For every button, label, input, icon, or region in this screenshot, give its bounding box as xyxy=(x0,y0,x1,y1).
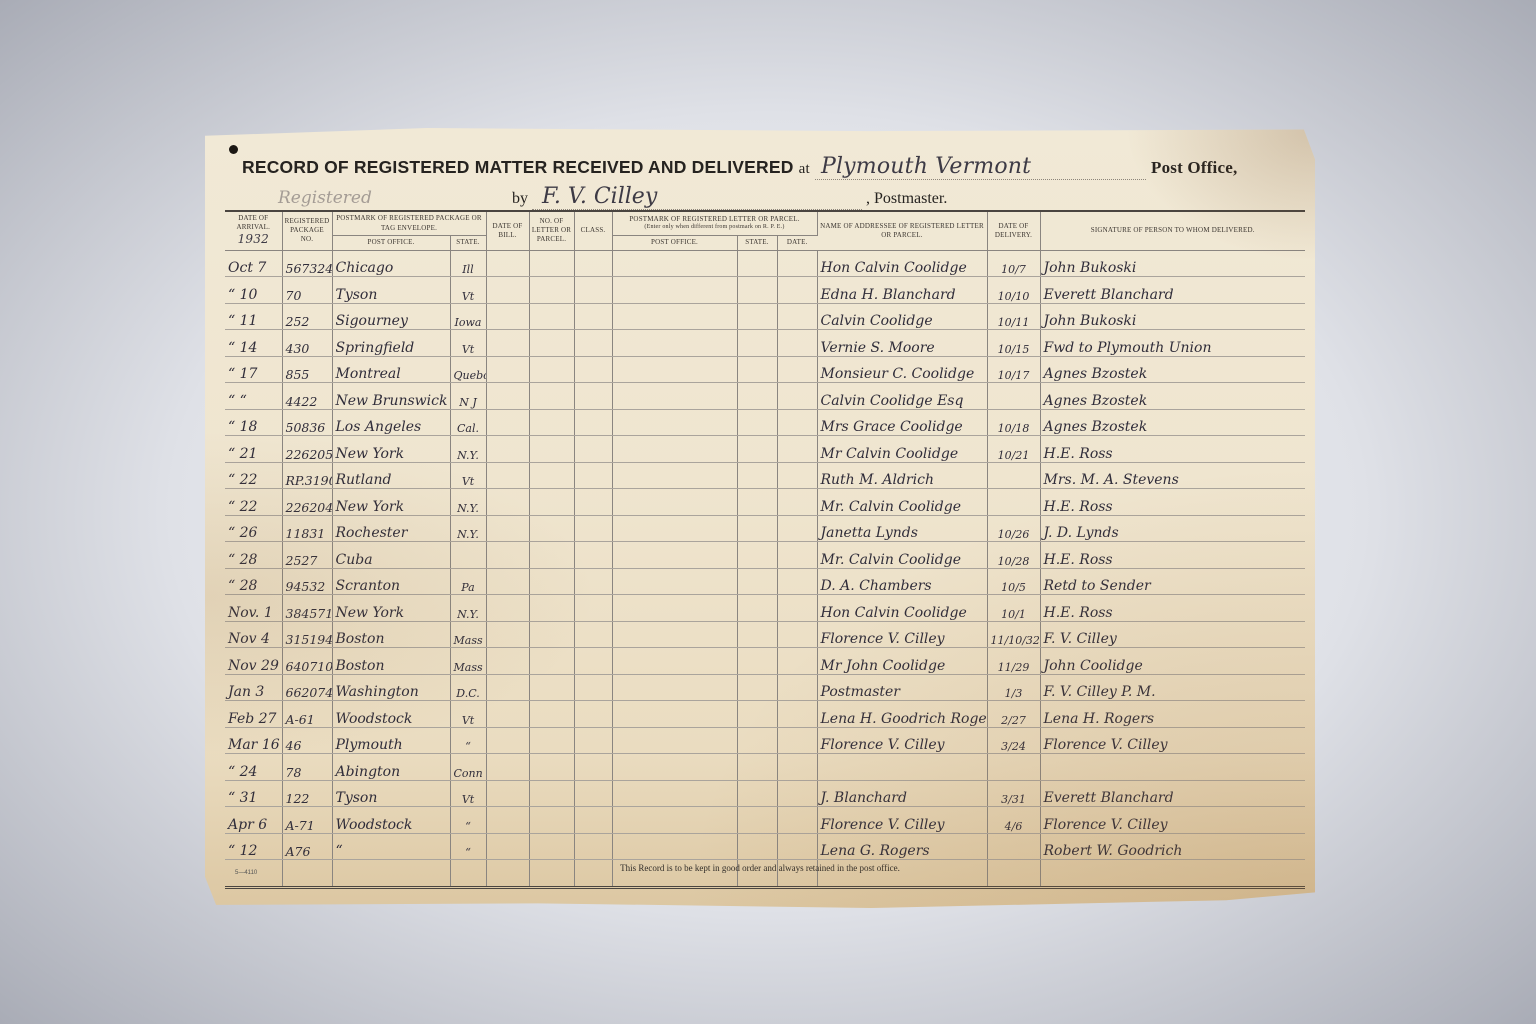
date-of-arrival-cell: “ 26 xyxy=(225,515,282,542)
pm-post-office-cell xyxy=(612,833,737,860)
pm-state-cell xyxy=(737,542,777,569)
package-no-cell: 567324 xyxy=(282,250,332,277)
no-of-letter-cell xyxy=(529,409,574,436)
table-row: Oct 7567324ChicagoIllHon Calvin Coolidge… xyxy=(225,250,1305,277)
package-no-cell: 855 xyxy=(282,356,332,383)
pm-date-cell xyxy=(777,542,817,569)
table-row: “ 11252SigourneyIowaCalvin Coolidge10/11… xyxy=(225,303,1305,330)
state-cell: Vt xyxy=(450,277,486,304)
date-of-delivery-cell: 10/5 xyxy=(987,568,1040,595)
date-of-arrival-cell: Feb 27 xyxy=(225,701,282,728)
signature-cell: Everett Blanchard xyxy=(1040,277,1305,304)
date-of-bill-cell xyxy=(486,807,529,834)
post-office-cell: Tyson xyxy=(332,780,450,807)
pm-date-cell xyxy=(777,383,817,410)
package-no-cell: 94532 xyxy=(282,568,332,595)
post-office-cell: New York xyxy=(332,595,450,622)
col-addressee: Name of addressee of registered letter o… xyxy=(817,211,987,250)
pm-date-cell xyxy=(777,462,817,489)
registered-matter-table: Date of arrival. 1932 Registered package… xyxy=(225,210,1305,889)
post-office-cell: New York xyxy=(332,436,450,463)
pm-date-cell xyxy=(777,807,817,834)
date-of-bill-cell xyxy=(486,674,529,701)
signature-cell: F. V. Cilley xyxy=(1040,621,1305,648)
class-cell xyxy=(574,250,612,277)
date-of-arrival-cell: Mar 16 xyxy=(225,727,282,754)
state-cell: Vt xyxy=(450,330,486,357)
addressee-cell: Monsieur C. Coolidge xyxy=(817,356,987,383)
pm-state-cell xyxy=(737,648,777,675)
class-cell xyxy=(574,303,612,330)
post-office-label: Post Office, xyxy=(1151,158,1237,177)
pm-date-cell xyxy=(777,701,817,728)
col-date-of-delivery: Date of delivery. xyxy=(987,211,1040,250)
signature-cell xyxy=(1040,754,1305,781)
addressee-cell: Vernie S. Moore xyxy=(817,330,987,357)
pm-date-cell xyxy=(777,621,817,648)
state-cell: Mass xyxy=(450,648,486,675)
pm-state-cell xyxy=(737,807,777,834)
header-row-1: Date of arrival. 1932 Registered package… xyxy=(225,211,1305,236)
table-row: “ 282527CubaMr. Calvin Coolidge10/28H.E.… xyxy=(225,542,1305,569)
pm-date-cell xyxy=(777,648,817,675)
signature-cell: John Bukoski xyxy=(1040,303,1305,330)
date-of-delivery-cell: 2/27 xyxy=(987,701,1040,728)
date-of-bill-cell xyxy=(486,330,529,357)
package-no-cell: 4422 xyxy=(282,383,332,410)
addressee-cell: Hon Calvin Coolidge xyxy=(817,595,987,622)
date-of-delivery-cell: 10/17 xyxy=(987,356,1040,383)
addressee-cell: Mr. Calvin Coolidge xyxy=(817,489,987,516)
date-of-arrival-cell: “ 10 xyxy=(225,277,282,304)
registered-note: Registered xyxy=(278,188,508,208)
pm-date-cell xyxy=(777,727,817,754)
pm-date-cell xyxy=(777,754,817,781)
date-of-delivery-cell: 10/7 xyxy=(987,250,1040,277)
class-cell xyxy=(574,807,612,834)
package-no-cell: RP.3190 xyxy=(282,462,332,489)
pm-state-cell xyxy=(737,833,777,860)
pm-date-cell xyxy=(777,330,817,357)
state-cell: Conn xyxy=(450,754,486,781)
state-cell: N.Y. xyxy=(450,595,486,622)
postmark-letter-note: (Enter only when different from postmark… xyxy=(615,224,815,232)
date-of-bill-cell xyxy=(486,462,529,489)
state-cell: Iowa xyxy=(450,303,486,330)
pm-state-cell xyxy=(737,436,777,463)
col-registered-package-no: Registered package no. xyxy=(282,211,332,250)
class-cell xyxy=(574,356,612,383)
pm-post-office-cell xyxy=(612,568,737,595)
post-office-cell: “ xyxy=(332,833,450,860)
date-of-bill-cell xyxy=(486,568,529,595)
date-of-arrival-cell: “ 31 xyxy=(225,780,282,807)
signature-cell: Agnes Bzostek xyxy=(1040,356,1305,383)
date-of-delivery-cell: 11/10/32 xyxy=(987,621,1040,648)
date-of-delivery-cell: 10/11 xyxy=(987,303,1040,330)
signature-cell: J. D. Lynds xyxy=(1040,515,1305,542)
package-no-cell: A-71 xyxy=(282,807,332,834)
date-of-arrival-cell: “ 28 xyxy=(225,542,282,569)
signature-cell: Everett Blanchard xyxy=(1040,780,1305,807)
addressee-cell: Edna H. Blanchard xyxy=(817,277,987,304)
date-of-delivery-cell: 10/10 xyxy=(987,277,1040,304)
date-of-arrival-cell: Jan 3 xyxy=(225,674,282,701)
table-row: “ 1850836Los AngelesCal.Mrs Grace Coolid… xyxy=(225,409,1305,436)
post-office-cell: New York xyxy=(332,489,450,516)
addressee-cell: Calvin Coolidge Esq xyxy=(817,383,987,410)
pm-post-office-cell xyxy=(612,701,737,728)
pm-date-cell xyxy=(777,515,817,542)
postmaster-label: , Postmaster. xyxy=(866,190,947,207)
col-pm-date: Date. xyxy=(777,236,817,251)
state-cell: Vt xyxy=(450,701,486,728)
postmaster-line: Registered by F. V. Cilley , Postmaster. xyxy=(278,184,1178,210)
addressee-cell: Mrs Grace Coolidge xyxy=(817,409,987,436)
package-no-cell: A76 xyxy=(282,833,332,860)
date-of-bill-cell xyxy=(486,833,529,860)
post-office-cell: Washington xyxy=(332,674,450,701)
pm-state-cell xyxy=(737,250,777,277)
table-row: “ 31122TysonVtJ. Blanchard3/31Everett Bl… xyxy=(225,780,1305,807)
table-row: “ 22226204New YorkN.Y.Mr. Calvin Coolidg… xyxy=(225,489,1305,516)
addressee-cell: Lena H. Goodrich Rogers xyxy=(817,701,987,728)
class-cell xyxy=(574,674,612,701)
date-of-delivery-cell: 10/15 xyxy=(987,330,1040,357)
state-cell: N.Y. xyxy=(450,515,486,542)
addressee-cell: Florence V. Cilley xyxy=(817,621,987,648)
state-cell: Quebc xyxy=(450,356,486,383)
package-no-cell: 50836 xyxy=(282,409,332,436)
pm-date-cell xyxy=(777,568,817,595)
package-no-cell: 46 xyxy=(282,727,332,754)
package-no-cell: 226205 xyxy=(282,436,332,463)
class-cell xyxy=(574,780,612,807)
date-of-delivery-cell xyxy=(987,754,1040,781)
package-no-cell: 122 xyxy=(282,780,332,807)
package-no-cell: 226204 xyxy=(282,489,332,516)
class-cell xyxy=(574,568,612,595)
class-cell xyxy=(574,727,612,754)
no-of-letter-cell xyxy=(529,356,574,383)
no-of-letter-cell xyxy=(529,250,574,277)
pm-date-cell xyxy=(777,489,817,516)
class-cell xyxy=(574,621,612,648)
post-office-name: Plymouth Vermont xyxy=(815,154,1146,180)
post-office-cell: New Brunswick xyxy=(332,383,450,410)
class-cell xyxy=(574,436,612,463)
signature-cell: John Bukoski xyxy=(1040,250,1305,277)
col-signature: Signature of person to whom delivered. xyxy=(1040,211,1305,250)
pm-state-cell xyxy=(737,409,777,436)
pm-date-cell xyxy=(777,303,817,330)
pm-date-cell xyxy=(777,436,817,463)
state-cell: Vt xyxy=(450,462,486,489)
post-office-cell: Abington xyxy=(332,754,450,781)
class-cell xyxy=(574,462,612,489)
addressee-cell: Ruth M. Aldrich xyxy=(817,462,987,489)
pm-state-cell xyxy=(737,674,777,701)
date-of-bill-cell xyxy=(486,780,529,807)
post-office-cell: Chicago xyxy=(332,250,450,277)
date-of-arrival-cell: Nov 4 xyxy=(225,621,282,648)
date-of-bill-cell xyxy=(486,727,529,754)
state-cell: Vt xyxy=(450,780,486,807)
state-cell: N.Y. xyxy=(450,489,486,516)
no-of-letter-cell xyxy=(529,515,574,542)
post-office-cell: Plymouth xyxy=(332,727,450,754)
post-office-cell: Boston xyxy=(332,621,450,648)
post-office-cell: Scranton xyxy=(332,568,450,595)
post-office-cell: Springfield xyxy=(332,330,450,357)
date-of-arrival-cell: Oct 7 xyxy=(225,250,282,277)
no-of-letter-cell xyxy=(529,277,574,304)
pm-state-cell xyxy=(737,701,777,728)
date-of-bill-cell xyxy=(486,277,529,304)
addressee-cell: Mr John Coolidge xyxy=(817,648,987,675)
date-of-arrival-cell: Apr 6 xyxy=(225,807,282,834)
pm-post-office-cell xyxy=(612,515,737,542)
signature-cell: H.E. Ross xyxy=(1040,595,1305,622)
col-pm-state: State. xyxy=(737,236,777,251)
signature-cell: H.E. Ross xyxy=(1040,489,1305,516)
class-cell xyxy=(574,595,612,622)
pm-date-cell xyxy=(777,277,817,304)
date-of-bill-cell xyxy=(486,515,529,542)
no-of-letter-cell xyxy=(529,780,574,807)
post-office-cell: Woodstock xyxy=(332,807,450,834)
date-of-delivery-cell: 10/18 xyxy=(987,409,1040,436)
col-date-of-arrival: Date of arrival. 1932 xyxy=(225,211,282,250)
post-office-cell: Tyson xyxy=(332,277,450,304)
package-no-cell: 315194 xyxy=(282,621,332,648)
form-title-line: RECORD OF REGISTERED MATTER RECEIVED AND… xyxy=(242,154,1312,180)
state-cell: Ill xyxy=(450,250,486,277)
pm-date-cell xyxy=(777,250,817,277)
date-of-delivery-cell: 4/6 xyxy=(987,807,1040,834)
pm-post-office-cell xyxy=(612,277,737,304)
pm-state-cell xyxy=(737,277,777,304)
no-of-letter-cell xyxy=(529,674,574,701)
date-of-bill-cell xyxy=(486,436,529,463)
date-of-delivery-cell xyxy=(987,462,1040,489)
signature-cell: H.E. Ross xyxy=(1040,436,1305,463)
no-of-letter-cell xyxy=(529,489,574,516)
date-of-bill-cell xyxy=(486,542,529,569)
footer-note: This Record is to be kept in good order … xyxy=(205,863,1315,873)
table-row: “ “4422New BrunswickN JCalvin Coolidge E… xyxy=(225,383,1305,410)
table-row: “ 12A76““Lena G. RogersRobert W. Goodric… xyxy=(225,833,1305,860)
date-of-delivery-cell: 1/3 xyxy=(987,674,1040,701)
pm-state-cell xyxy=(737,780,777,807)
pm-state-cell xyxy=(737,356,777,383)
signature-cell: Mrs. M. A. Stevens xyxy=(1040,462,1305,489)
date-of-arrival-cell: “ 28 xyxy=(225,568,282,595)
at-label: at xyxy=(799,161,810,177)
ledger-rows: Oct 7567324ChicagoIllHon Calvin Coolidge… xyxy=(225,250,1305,887)
addressee-cell: J. Blanchard xyxy=(817,780,987,807)
punch-hole xyxy=(229,145,238,154)
no-of-letter-cell xyxy=(529,833,574,860)
state-cell: N J xyxy=(450,383,486,410)
addressee-cell: Janetta Lynds xyxy=(817,515,987,542)
no-of-letter-cell xyxy=(529,595,574,622)
signature-cell: Retd to Sender xyxy=(1040,568,1305,595)
post-office-cell: Cuba xyxy=(332,542,450,569)
post-office-cell: Woodstock xyxy=(332,701,450,728)
date-of-arrival-cell: “ “ xyxy=(225,383,282,410)
pm-date-cell xyxy=(777,356,817,383)
table-row: “ 21226205New YorkN.Y.Mr Calvin Coolidge… xyxy=(225,436,1305,463)
date-of-arrival-cell: “ 14 xyxy=(225,330,282,357)
pm-state-cell xyxy=(737,330,777,357)
class-cell xyxy=(574,648,612,675)
table-row: Feb 27A-61WoodstockVtLena H. Goodrich Ro… xyxy=(225,701,1305,728)
pm-date-cell xyxy=(777,833,817,860)
pm-state-cell xyxy=(737,489,777,516)
class-cell xyxy=(574,701,612,728)
package-no-cell: 384571 xyxy=(282,595,332,622)
pm-post-office-cell xyxy=(612,648,737,675)
date-of-bill-cell xyxy=(486,356,529,383)
signature-cell: Robert W. Goodrich xyxy=(1040,833,1305,860)
pm-date-cell xyxy=(777,409,817,436)
col-no-of-letter: No. of letter or parcel. xyxy=(529,211,574,250)
date-of-bill-cell xyxy=(486,754,529,781)
state-cell: D.C. xyxy=(450,674,486,701)
addressee-cell xyxy=(817,754,987,781)
pm-post-office-cell xyxy=(612,542,737,569)
date-of-bill-cell xyxy=(486,383,529,410)
table-row: “ 2611831RochesterN.Y.Janetta Lynds10/26… xyxy=(225,515,1305,542)
no-of-letter-cell xyxy=(529,462,574,489)
date-of-arrival-cell: “ 24 xyxy=(225,754,282,781)
pm-state-cell xyxy=(737,595,777,622)
pm-post-office-cell xyxy=(612,356,737,383)
table-row: Mar 1646Plymouth“Florence V. Cilley3/24F… xyxy=(225,727,1305,754)
pm-state-cell xyxy=(737,621,777,648)
pm-post-office-cell xyxy=(612,727,737,754)
pm-state-cell xyxy=(737,383,777,410)
no-of-letter-cell xyxy=(529,754,574,781)
date-of-delivery-cell xyxy=(987,383,1040,410)
date-of-bill-cell xyxy=(486,621,529,648)
post-office-cell: Montreal xyxy=(332,356,450,383)
col-state: State. xyxy=(450,236,486,251)
no-of-letter-cell xyxy=(529,383,574,410)
package-no-cell: A-61 xyxy=(282,701,332,728)
date-of-arrival-cell: “ 22 xyxy=(225,462,282,489)
date-of-delivery-cell xyxy=(987,833,1040,860)
col-group-postmark-package: Postmark of Registered Package or Tag En… xyxy=(332,211,486,236)
post-office-cell: Sigourney xyxy=(332,303,450,330)
table-row: “ 17855MontrealQuebcMonsieur C. Coolidge… xyxy=(225,356,1305,383)
date-of-bill-cell xyxy=(486,250,529,277)
pm-post-office-cell xyxy=(612,436,737,463)
package-no-cell: 11831 xyxy=(282,515,332,542)
addressee-cell: Mr Calvin Coolidge xyxy=(817,436,987,463)
signature-cell: Fwd to Plymouth Union xyxy=(1040,330,1305,357)
class-cell xyxy=(574,754,612,781)
pm-state-cell xyxy=(737,727,777,754)
pm-post-office-cell xyxy=(612,807,737,834)
pm-post-office-cell xyxy=(612,595,737,622)
addressee-cell: Lena G. Rogers xyxy=(817,833,987,860)
pm-post-office-cell xyxy=(612,462,737,489)
year-note: 1932 xyxy=(227,232,280,248)
addressee-cell: Florence V. Cilley xyxy=(817,727,987,754)
class-cell xyxy=(574,489,612,516)
date-of-arrival-cell: “ 12 xyxy=(225,833,282,860)
state-cell: “ xyxy=(450,833,486,860)
signature-cell: Florence V. Cilley xyxy=(1040,807,1305,834)
post-office-cell: Boston xyxy=(332,648,450,675)
date-of-arrival-cell: Nov 29 xyxy=(225,648,282,675)
signature-cell: Lena H. Rogers xyxy=(1040,701,1305,728)
state-cell xyxy=(450,542,486,569)
pm-date-cell xyxy=(777,780,817,807)
ledger-page: RECORD OF REGISTERED MATTER RECEIVED AND… xyxy=(205,128,1315,908)
post-office-cell: Rutland xyxy=(332,462,450,489)
state-cell: “ xyxy=(450,807,486,834)
date-of-delivery-cell: 10/28 xyxy=(987,542,1040,569)
pm-post-office-cell xyxy=(612,674,737,701)
no-of-letter-cell xyxy=(529,621,574,648)
pm-date-cell xyxy=(777,674,817,701)
addressee-cell: D. A. Chambers xyxy=(817,568,987,595)
date-of-bill-cell xyxy=(486,595,529,622)
no-of-letter-cell xyxy=(529,303,574,330)
table-row: “ 22RP.3190RutlandVtRuth M. AldrichMrs. … xyxy=(225,462,1305,489)
col-group-postmark-letter: Postmark of Registered Letter or Parcel.… xyxy=(612,211,817,236)
state-cell: “ xyxy=(450,727,486,754)
date-of-bill-cell xyxy=(486,489,529,516)
state-cell: N.Y. xyxy=(450,436,486,463)
date-of-arrival-cell: “ 22 xyxy=(225,489,282,516)
addressee-cell: Calvin Coolidge xyxy=(817,303,987,330)
col-post-office: Post office. xyxy=(332,236,450,251)
col-date-of-bill: Date of bill. xyxy=(486,211,529,250)
col-class: Class. xyxy=(574,211,612,250)
no-of-letter-cell xyxy=(529,436,574,463)
col-pm-post-office: Post office. xyxy=(612,236,737,251)
state-cell: Cal. xyxy=(450,409,486,436)
date-of-delivery-cell: 10/26 xyxy=(987,515,1040,542)
no-of-letter-cell xyxy=(529,568,574,595)
table-row: Jan 3662074WashingtonD.C.Postmaster1/3F.… xyxy=(225,674,1305,701)
signature-cell: H.E. Ross xyxy=(1040,542,1305,569)
pm-state-cell xyxy=(737,754,777,781)
class-cell xyxy=(574,542,612,569)
date-of-arrival-cell: “ 11 xyxy=(225,303,282,330)
date-of-delivery-cell: 10/21 xyxy=(987,436,1040,463)
class-cell xyxy=(574,330,612,357)
post-office-cell: Los Angeles xyxy=(332,409,450,436)
no-of-letter-cell xyxy=(529,648,574,675)
table-row: “ 2478AbingtonConn xyxy=(225,754,1305,781)
package-no-cell: 2527 xyxy=(282,542,332,569)
pm-post-office-cell xyxy=(612,250,737,277)
class-cell xyxy=(574,277,612,304)
pm-post-office-cell xyxy=(612,409,737,436)
date-of-delivery-cell: 10/1 xyxy=(987,595,1040,622)
signature-cell: F. V. Cilley P. M. xyxy=(1040,674,1305,701)
table-row: Apr 6A-71Woodstock“Florence V. Cilley4/6… xyxy=(225,807,1305,834)
pm-state-cell xyxy=(737,462,777,489)
pm-state-cell xyxy=(737,568,777,595)
package-no-cell: 640710 xyxy=(282,648,332,675)
date-of-bill-cell xyxy=(486,303,529,330)
